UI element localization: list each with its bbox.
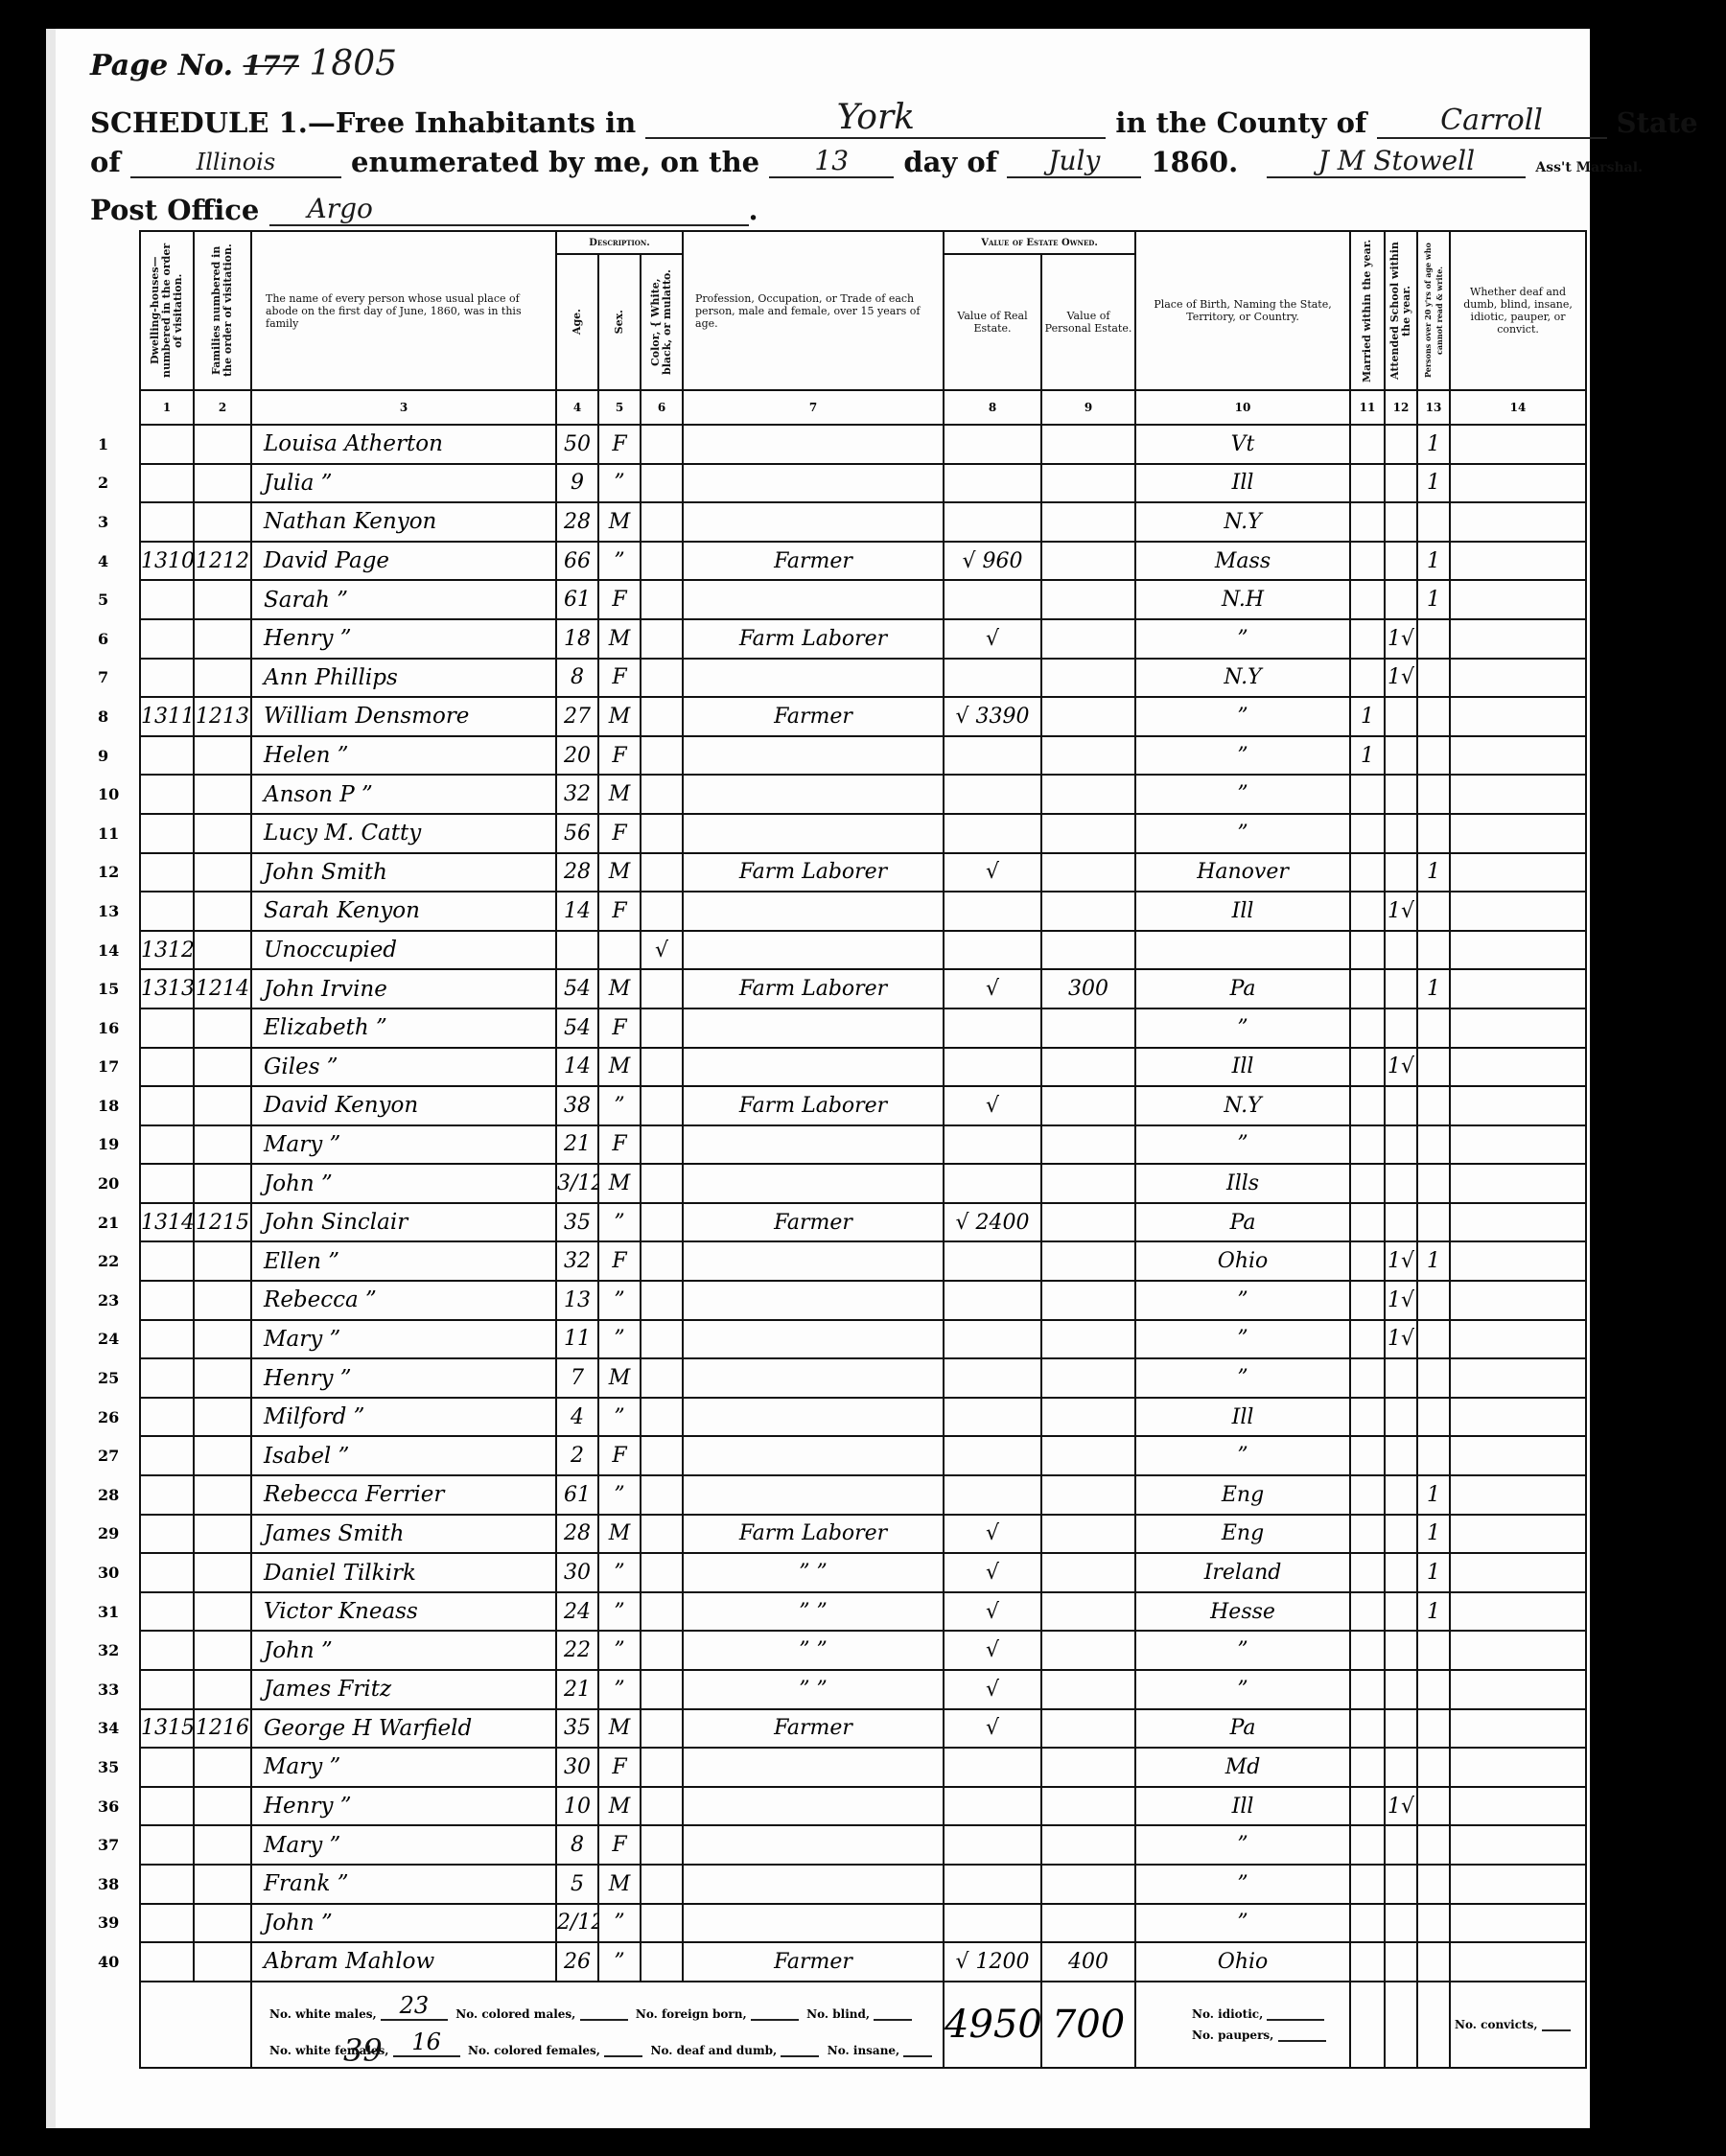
cell-married [1350,502,1385,542]
line-number-right: 11 [1586,814,1587,853]
cell-occupation [683,425,944,464]
table-row: 36Henry ”10MIll1√36 [90,1787,1587,1826]
cell-school [1385,1709,1417,1749]
cell-school [1385,425,1417,464]
cell-birthplace: N.Y [1135,1086,1350,1125]
line-number-right: 32 [1586,1631,1587,1670]
cell-personal [1041,736,1135,776]
cell-family [194,853,251,893]
cell-personal [1041,1825,1135,1865]
cell-illiterate [1417,1631,1450,1670]
table-row: 13Sarah Kenyon14FIll1√13 [90,892,1587,931]
table-row: 23Rebecca ”13””1√23 [90,1281,1587,1320]
cell-family: 1214 [194,969,251,1008]
cell-dwelling [140,853,194,893]
cell-family [194,1825,251,1865]
cell-real: √ 3390 [944,697,1041,736]
census-table: Dwelling-houses—numbered in the order of… [90,230,1587,2069]
cell-age: 10 [556,1787,598,1826]
day-of-label: day of [903,146,997,178]
cell-name: Unoccupied [251,931,556,970]
cell-other [1450,1203,1586,1242]
cell-age: 7 [556,1358,598,1398]
cell-color [641,619,683,659]
cell-age: 21 [556,1670,598,1709]
cell-dwelling [140,1631,194,1670]
table-row: 2Julia ”9”Ill12 [90,464,1587,503]
cell-illiterate [1417,1709,1450,1749]
cell-birthplace: ” [1135,1320,1350,1359]
cell-name: Mary ” [251,1748,556,1787]
cell-real: √ [944,1709,1041,1749]
line-number-right: 6 [1586,619,1587,659]
cell-sex: ” [598,1281,641,1320]
cell-occupation: Farm Laborer [683,1515,944,1554]
cell-school [1385,1086,1417,1125]
cell-birthplace: Ireland [1135,1553,1350,1592]
cell-illiterate: 1 [1417,464,1450,503]
cell-real: √ [944,1592,1041,1632]
cell-name: Nathan Kenyon [251,502,556,542]
cell-sex: ” [598,1670,641,1709]
cell-married [1350,1008,1385,1048]
cell-color [641,425,683,464]
cell-illiterate [1417,1358,1450,1398]
personal-estate-total: 700 [1041,1982,1135,2068]
cell-name: James Fritz [251,1670,556,1709]
cell-married [1350,1904,1385,1943]
cell-birthplace: N.Y [1135,502,1350,542]
table-row: 1Louisa Atherton50FVt11 [90,425,1587,464]
line-number-right: 18 [1586,1086,1587,1125]
cell-personal [1041,1709,1135,1749]
cell-birthplace: Pa [1135,1709,1350,1749]
cell-name: Henry ” [251,1787,556,1826]
cell-birthplace: ” [1135,736,1350,776]
cell-personal [1041,775,1135,814]
line-number-right: 37 [1586,1825,1587,1865]
cell-occupation [683,580,944,619]
cell-occupation [683,1748,944,1787]
cell-color [641,1865,683,1904]
cell-occupation [683,1865,944,1904]
cell-other [1450,1048,1586,1087]
cell-color [641,1553,683,1592]
cell-dwelling: 1313 [140,969,194,1008]
table-row: 27Isabel ”2F”27 [90,1436,1587,1475]
cell-color [641,736,683,776]
cell-married [1350,464,1385,503]
cell-other [1450,1670,1586,1709]
line-number-left: 28 [90,1475,140,1515]
cell-dwelling [140,425,194,464]
township-value: York [837,98,915,137]
cell-married [1350,1475,1385,1515]
cell-school: 1√ [1385,659,1417,698]
cell-other [1450,1904,1586,1943]
cell-birthplace: ” [1135,1825,1350,1865]
cell-illiterate [1417,931,1450,970]
col-1-header: Dwelling-houses—numbered in the order of… [140,231,194,390]
table-row: 12John Smith28MFarm Laborer√Hanover112 [90,853,1587,893]
cell-occupation [683,814,944,853]
page-no-value: 1805 [309,44,397,83]
cell-name: Milford ” [251,1398,556,1437]
cell-illiterate [1417,1787,1450,1826]
cell-occupation [683,1241,944,1281]
table-row: 29James Smith28MFarm Laborer√Eng129 [90,1515,1587,1554]
cell-occupation [683,1358,944,1398]
line-number-left: 33 [90,1670,140,1709]
cell-name: Mary ” [251,1825,556,1865]
line-number-right: 2 [1586,464,1587,503]
cell-sex: ” [598,1553,641,1592]
cell-married [1350,580,1385,619]
line-number-right: 9 [1586,736,1587,776]
table-row: 33James Fritz21”” ”√”33 [90,1670,1587,1709]
cell-age: 5 [556,1865,598,1904]
cell-married [1350,1241,1385,1281]
cell-illiterate [1417,814,1450,853]
cell-age: 30 [556,1553,598,1592]
cell-occupation [683,775,944,814]
cell-name: Giles ” [251,1048,556,1087]
cell-age: 28 [556,502,598,542]
cell-dwelling [140,736,194,776]
cell-birthplace: ” [1135,1904,1350,1943]
cell-color [641,1670,683,1709]
cell-occupation: Farmer [683,542,944,581]
col-8-header: Value of Real Estate. [944,254,1041,390]
cell-real [944,1475,1041,1515]
cell-occupation: Farmer [683,1942,944,1982]
cell-other [1450,1475,1586,1515]
cell-school [1385,1358,1417,1398]
cell-personal [1041,1048,1135,1087]
cell-dwelling: 1314 [140,1203,194,1242]
line-number-left: 13 [90,892,140,931]
cell-illiterate [1417,1748,1450,1787]
cell-name: Ann Phillips [251,659,556,698]
cell-personal [1041,892,1135,931]
cell-sex: M [598,969,641,1008]
cell-occupation [683,1436,944,1475]
cell-school [1385,969,1417,1008]
cell-color [641,1358,683,1398]
enumerated-label: enumerated by me, on the [351,146,759,178]
cell-illiterate: 1 [1417,580,1450,619]
cell-personal [1041,1553,1135,1592]
cell-school: 1√ [1385,1320,1417,1359]
cell-name: Mary ” [251,1320,556,1359]
table-row: 37Mary ”8F”37 [90,1825,1587,1865]
cell-personal [1041,502,1135,542]
cell-real [944,1904,1041,1943]
line-number-left: 29 [90,1515,140,1554]
cell-married [1350,1631,1385,1670]
cell-birthplace: ” [1135,1631,1350,1670]
col-13-header: Persons over 20 y'rs of age who cannot r… [1417,231,1450,390]
cell-family [194,814,251,853]
line-number-right: 16 [1586,1008,1587,1048]
cell-other [1450,775,1586,814]
line-number-right: 31 [1586,1592,1587,1632]
cell-birthplace: Ill [1135,1048,1350,1087]
cell-age: 20 [556,736,598,776]
cell-sex: F [598,1825,641,1865]
cell-name: Ellen ” [251,1241,556,1281]
cell-married: 1 [1350,736,1385,776]
cell-illiterate [1417,1398,1450,1437]
cell-sex: ” [598,1631,641,1670]
cell-married [1350,1670,1385,1709]
line-number-left: 34 [90,1709,140,1749]
cell-color [641,1164,683,1203]
table-row: 10Anson P ”32M”10 [90,775,1587,814]
cell-personal [1041,1320,1135,1359]
cell-other [1450,1553,1586,1592]
cell-occupation [683,1398,944,1437]
table-row: 2113141215John Sinclair35”Farmer√ 2400Pa… [90,1203,1587,1242]
line-number-right: 22 [1586,1241,1587,1281]
cell-name: Lucy M. Catty [251,814,556,853]
summary-row: No. white males, 23 No. colored males, N… [90,1982,1587,2068]
cell-sex: ” [598,1942,641,1982]
cell-color [641,1515,683,1554]
cell-family [194,502,251,542]
line-number-left: 35 [90,1748,140,1787]
cell-color [641,892,683,931]
line-number-right: 40 [1586,1942,1587,1982]
cell-age: 8 [556,659,598,698]
schedule-label: SCHEDULE 1.—Free Inhabitants in [90,106,636,139]
cell-family [194,580,251,619]
line-number-left: 24 [90,1320,140,1359]
cell-illiterate [1417,1436,1450,1475]
line-number-left: 2 [90,464,140,503]
line-number-left: 37 [90,1825,140,1865]
cell-real [944,814,1041,853]
line-number-left: 39 [90,1904,140,1943]
cell-illiterate [1417,1281,1450,1320]
cell-age: 61 [556,1475,598,1515]
cell-birthplace: ” [1135,1281,1350,1320]
cell-personal [1041,619,1135,659]
cell-birthplace: Mass [1135,542,1350,581]
cell-age: 66 [556,542,598,581]
page-number-line: Page No. 177 1805 [90,44,397,83]
cell-sex: F [598,1241,641,1281]
cell-occupation: ” ” [683,1631,944,1670]
cell-color [641,775,683,814]
line-number-right: 27 [1586,1436,1587,1475]
table-row: 31Victor Kneass24”” ”√Hesse131 [90,1592,1587,1632]
cell-personal: 400 [1041,1942,1135,1982]
cell-sex: M [598,1865,641,1904]
cell-age: 27 [556,697,598,736]
cell-other [1450,892,1586,931]
cell-dwelling [140,1125,194,1165]
line-number-right: 5 [1586,580,1587,619]
cell-age: 24 [556,1592,598,1632]
cell-personal [1041,1125,1135,1165]
cell-occupation [683,1125,944,1165]
cell-color [641,659,683,698]
cell-real [944,931,1041,970]
cell-birthplace: Eng [1135,1515,1350,1554]
cell-family [194,1592,251,1632]
cell-sex: F [598,1008,641,1048]
cell-school [1385,1631,1417,1670]
cell-other [1450,580,1586,619]
cell-sex: F [598,736,641,776]
cell-birthplace: Vt [1135,425,1350,464]
cell-age: 56 [556,814,598,853]
cell-birthplace: Md [1135,1748,1350,1787]
cell-illiterate [1417,1008,1450,1048]
cell-real [944,736,1041,776]
col-12-header: Attended School within the year. [1385,231,1417,390]
cell-other [1450,1358,1586,1398]
table-row: 26Milford ”4”Ill26 [90,1398,1587,1437]
cell-other [1450,853,1586,893]
cell-personal [1041,853,1135,893]
cell-birthplace: ” [1135,1670,1350,1709]
line-number-right: 29 [1586,1515,1587,1554]
cell-birthplace: Ohio [1135,1241,1350,1281]
cell-family [194,1631,251,1670]
month-value: July [1048,145,1100,176]
cell-name: Julia ” [251,464,556,503]
cell-family [194,1008,251,1048]
line-number-left: 22 [90,1241,140,1281]
line-number-right: 23 [1586,1281,1587,1320]
cell-married [1350,931,1385,970]
cell-other [1450,1086,1586,1125]
cell-other [1450,1709,1586,1749]
cell-dwelling [140,775,194,814]
cell-married [1350,1515,1385,1554]
cell-dwelling [140,1320,194,1359]
line-number-left: 25 [90,1358,140,1398]
cell-real [944,1048,1041,1087]
marshal-label: Ass't Marshal. [1535,160,1643,175]
line-number-left: 10 [90,775,140,814]
cell-sex: ” [598,464,641,503]
table-row: 6Henry ”18MFarm Laborer√”1√6 [90,619,1587,659]
cell-occupation: Farm Laborer [683,619,944,659]
cell-real [944,1748,1041,1787]
cell-real [944,425,1041,464]
cell-dwelling: 1312 [140,931,194,970]
cell-other [1450,1164,1586,1203]
cell-illiterate [1417,1825,1450,1865]
cell-school [1385,1904,1417,1943]
cell-school: 1√ [1385,1048,1417,1087]
table-row: 5Sarah ”61FN.H15 [90,580,1587,619]
cell-name: John ” [251,1904,556,1943]
cell-birthplace: ” [1135,619,1350,659]
cell-name: Rebecca Ferrier [251,1475,556,1515]
table-row: 3Nathan Kenyon28MN.Y3 [90,502,1587,542]
cell-dwelling [140,1398,194,1437]
cell-birthplace: ” [1135,1865,1350,1904]
cell-school [1385,464,1417,503]
table-row: 38Frank ”5M”38 [90,1865,1587,1904]
cell-school [1385,1436,1417,1475]
cell-family [194,464,251,503]
cell-personal [1041,1670,1135,1709]
table-row: 24Mary ”11””1√24 [90,1320,1587,1359]
cell-sex: F [598,1125,641,1165]
white-females-count: 16 [393,2028,460,2057]
cell-dwelling [140,1670,194,1709]
cell-name: Mary ” [251,1125,556,1165]
line-number-left: 19 [90,1125,140,1165]
table-row: 413101212David Page66”Farmer√ 960Mass14 [90,542,1587,581]
cell-school [1385,1670,1417,1709]
cell-dwelling [140,580,194,619]
cell-real [944,502,1041,542]
cell-family [194,1748,251,1787]
cell-married [1350,1086,1385,1125]
cell-occupation [683,931,944,970]
cell-sex: F [598,814,641,853]
line-number-left: 16 [90,1008,140,1048]
cell-name: Victor Kneass [251,1592,556,1632]
table-row: 141312Unoccupied√14 [90,931,1587,970]
cell-real [944,1398,1041,1437]
cell-personal [1041,814,1135,853]
line-number-right: 8 [1586,697,1587,736]
cell-other [1450,542,1586,581]
cell-other [1450,1241,1586,1281]
table-row: 7Ann Phillips8FN.Y1√7 [90,659,1587,698]
line-number-left: 20 [90,1164,140,1203]
cell-color [641,580,683,619]
cell-family [194,736,251,776]
cell-occupation [683,892,944,931]
cell-birthplace: ” [1135,697,1350,736]
cell-occupation [683,1787,944,1826]
cell-dwelling [140,1515,194,1554]
cell-color [641,814,683,853]
line-number-left: 14 [90,931,140,970]
line-number-right: 3 [1586,502,1587,542]
cell-illiterate: 1 [1417,425,1450,464]
line-number-right: 4 [1586,542,1587,581]
cell-birthplace: Ohio [1135,1942,1350,1982]
cell-occupation: ” ” [683,1592,944,1632]
cell-dwelling [140,502,194,542]
cell-other [1450,1281,1586,1320]
cell-personal [1041,1436,1135,1475]
cell-other [1450,931,1586,970]
cell-occupation [683,1281,944,1320]
cell-age: 2 [556,1436,598,1475]
cell-dwelling [140,892,194,931]
cell-other [1450,1515,1586,1554]
cell-real: √ 960 [944,542,1041,581]
cell-family [194,1281,251,1320]
value-estate-group-header: Value of Estate Owned. [944,231,1135,254]
cell-school [1385,853,1417,893]
cell-other [1450,425,1586,464]
line-number-left: 32 [90,1631,140,1670]
cell-illiterate [1417,736,1450,776]
cell-dwelling [140,1825,194,1865]
line-number-right: 39 [1586,1904,1587,1943]
